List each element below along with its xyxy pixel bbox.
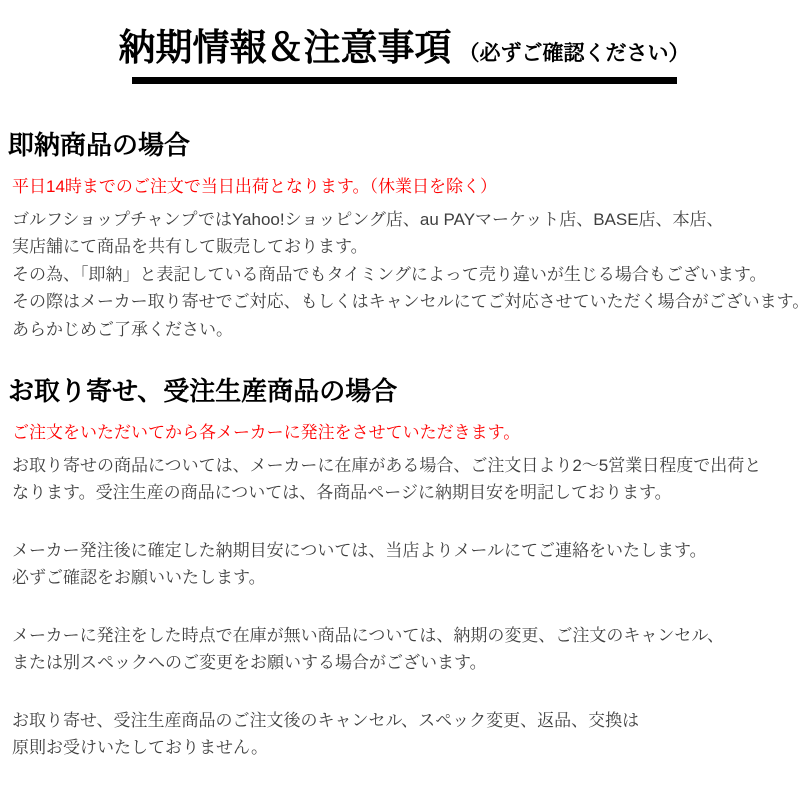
paragraph: ゴルフショップチャンプではYahoo!ショッピング店、au PAYマーケット店、… xyxy=(12,206,796,344)
text-line: お取り寄せの商品については、メーカーに在庫がある場合、ご注文日より2～5営業日程… xyxy=(12,452,796,480)
text-line: ゴルフショップチャンプではYahoo!ショッピング店、au PAYマーケット店、… xyxy=(12,206,796,234)
paragraph: お取り寄せ、受注生産商品のご注文後のキャンセル、スペック変更、返品、交換は 原則… xyxy=(12,707,796,762)
text-line: または別スペックへのご変更をお願いする場合がございます。 xyxy=(12,649,796,677)
page-header: 納期情報＆注意事項 （必ずご確認ください） xyxy=(12,26,796,84)
text-line: あらかじめご了承ください。 xyxy=(12,316,796,344)
title-underline xyxy=(132,77,677,84)
title-row: 納期情報＆注意事項 （必ずご確認ください） xyxy=(12,26,796,70)
ready-to-ship-heading: 即納商品の場合 xyxy=(8,130,796,160)
page-title: 納期情報＆注意事項 xyxy=(119,26,452,70)
notice-page: 納期情報＆注意事項 （必ずご確認ください） 即納商品の場合 平日14時までのご注… xyxy=(0,0,800,762)
backorder-heading: お取り寄せ、受注生産商品の場合 xyxy=(8,376,796,406)
page-subtitle: （必ずご確認ください） xyxy=(459,37,690,67)
text-line: その為、「即納」と表記している商品でもタイミングによって売り違いが生じる場合もご… xyxy=(12,261,796,289)
section-ready-to-ship: 即納商品の場合 平日14時までのご注文で当日出荷となります。（休業日を除く） ゴ… xyxy=(12,130,796,343)
text-line: 必ずご確認をお願いいたします。 xyxy=(12,564,796,592)
text-line: お取り寄せ、受注生産商品のご注文後のキャンセル、スペック変更、返品、交換は xyxy=(12,707,796,735)
text-line: 原則お受けいたしておりません。 xyxy=(12,734,796,762)
paragraph: メーカーに発注をした時点で在庫が無い商品については、納期の変更、ご注文のキャンセ… xyxy=(12,622,796,677)
section-backorder: お取り寄せ、受注生産商品の場合 ご注文をいただいてから各メーカーに発注をさせてい… xyxy=(12,376,796,762)
text-line: その際はメーカー取り寄せでご対応、もしくはキャンセルにてご対応させていただく場合… xyxy=(12,288,796,316)
text-line: 実店舗にて商品を共有して販売しております。 xyxy=(12,233,796,261)
paragraph: お取り寄せの商品については、メーカーに在庫がある場合、ご注文日より2～5営業日程… xyxy=(12,452,796,507)
backorder-notice: ご注文をいただいてから各メーカーに発注をさせていただきます。 xyxy=(12,419,796,447)
ready-to-ship-notice: 平日14時までのご注文で当日出荷となります。（休業日を除く） xyxy=(12,173,796,201)
paragraph: メーカー発注後に確定した納期目安については、当店よりメールにてご連絡をいたします… xyxy=(12,537,796,592)
text-line: なります。受注生産の商品については、各商品ページに納期目安を明記しております。 xyxy=(12,479,796,507)
text-line: メーカー発注後に確定した納期目安については、当店よりメールにてご連絡をいたします… xyxy=(12,537,796,565)
text-line: メーカーに発注をした時点で在庫が無い商品については、納期の変更、ご注文のキャンセ… xyxy=(12,622,796,650)
